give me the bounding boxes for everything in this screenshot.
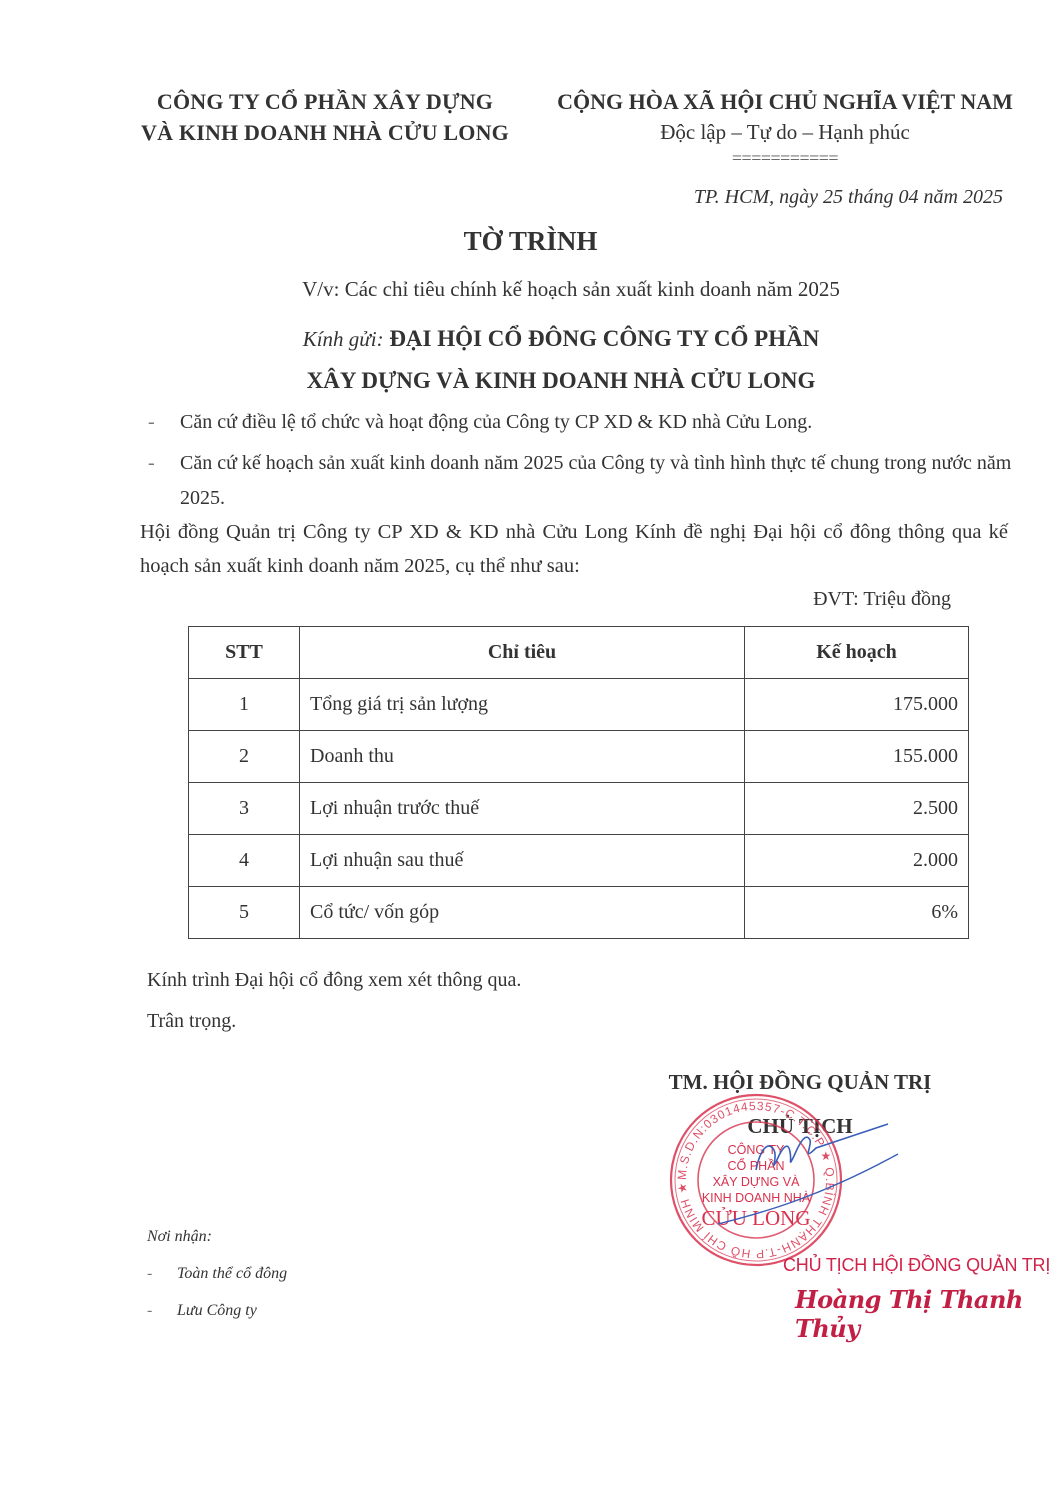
table-row: 2 Doanh thu 155.000	[189, 731, 969, 783]
legal-basis-item: -Căn cứ kế hoạch sản xuất kinh doanh năm…	[148, 446, 1018, 516]
row-plan-value: 2.000	[745, 835, 969, 887]
signer-name-stamp: Hoàng Thị Thanh Thủy	[795, 1285, 1061, 1343]
recipient-line2: XÂY DỰNG VÀ KINH DOANH NHÀ CỬU LONG	[0, 360, 1061, 402]
table-row: 4 Lợi nhuận sau thuế 2.000	[189, 835, 969, 887]
row-indicator: Lợi nhuận trước thuế	[300, 783, 745, 835]
handwritten-signature-icon	[698, 1102, 938, 1232]
header-stt: STT	[189, 627, 300, 679]
national-motto: Độc lập – Tự do – Hạnh phúc	[545, 117, 1025, 148]
row-stt: 4	[189, 835, 300, 887]
plan-table: STT Chỉ tiêu Kế hoạch 1 Tổng giá trị sản…	[188, 626, 969, 939]
nation-name: CỘNG HÒA XÃ HỘI CHỦ NGHĨA VIỆT NAM	[545, 86, 1025, 117]
company-name-line1: CÔNG TY CỔ PHẦN XÂY DỰNG	[100, 86, 550, 117]
row-stt: 2	[189, 731, 300, 783]
row-plan-value: 6%	[745, 887, 969, 939]
closing: Kính trình Đại hội cổ đông xem xét thông…	[147, 960, 521, 1042]
unit-label: ĐVT: Triệu đồng	[813, 588, 951, 611]
closing-request: Kính trình Đại hội cổ đông xem xét thông…	[147, 960, 521, 1001]
signer-role-stamp: CHỦ TỊCH HỘI ĐỒNG QUẢN TRỊ	[783, 1255, 1050, 1276]
recipients-list: Nơi nhận: -Toàn thể cổ đông -Lưu Công ty	[147, 1218, 287, 1329]
table-header-row: STT Chỉ tiêu Kế hoạch	[189, 627, 969, 679]
row-indicator: Tổng giá trị sản lượng	[300, 679, 745, 731]
company-name-line2: VÀ KINH DOANH NHÀ CỬU LONG	[100, 117, 550, 148]
legal-basis-item: -Căn cứ điều lệ tổ chức và hoạt động của…	[148, 405, 1018, 440]
table-row: 1 Tổng giá trị sản lượng 175.000	[189, 679, 969, 731]
row-plan-value: 155.000	[745, 731, 969, 783]
recipients-label: Nơi nhận:	[147, 1218, 287, 1255]
closing-regards: Trân trọng.	[147, 1001, 521, 1042]
company-seal: M.S.D.N:0301445357-C.T.C.P ★ Q.BÌNH THẠN…	[668, 1092, 844, 1268]
document-subject: V/v: Các chỉ tiêu chính kế hoạch sản xuấ…	[0, 277, 1061, 302]
recipient-item: -Lưu Công ty	[147, 1292, 287, 1329]
document-recipient: Kính gửi: ĐẠI HỘI CỔ ĐÔNG CÔNG TY CỔ PHẦ…	[0, 318, 1061, 402]
national-header: CỘNG HÒA XÃ HỘI CHỦ NGHĨA VIỆT NAM Độc l…	[545, 86, 1025, 168]
header-plan: Kế hoạch	[745, 627, 969, 679]
row-stt: 5	[189, 887, 300, 939]
legal-bases: -Căn cứ điều lệ tổ chức và hoạt động của…	[148, 405, 1018, 522]
row-stt: 3	[189, 783, 300, 835]
row-stt: 1	[189, 679, 300, 731]
header-indicator: Chỉ tiêu	[300, 627, 745, 679]
row-indicator: Lợi nhuận sau thuế	[300, 835, 745, 887]
row-indicator: Doanh thu	[300, 731, 745, 783]
row-plan-value: 175.000	[745, 679, 969, 731]
recipient-label: Kính gửi:	[303, 327, 384, 351]
company-name: CÔNG TY CỔ PHẦN XÂY DỰNG VÀ KINH DOANH N…	[100, 86, 550, 148]
table-row: 5 Cổ tức/ vốn góp 6%	[189, 887, 969, 939]
table-row: 3 Lợi nhuận trước thuế 2.500	[189, 783, 969, 835]
dash-bullet-icon: -	[147, 1255, 152, 1292]
dash-bullet-icon: -	[148, 446, 155, 481]
document-date: TP. HCM, ngày 25 tháng 04 năm 2025	[694, 186, 1003, 209]
header-divider: ===========	[545, 148, 1025, 168]
row-plan-value: 2.500	[745, 783, 969, 835]
row-indicator: Cổ tức/ vốn góp	[300, 887, 745, 939]
recipient-item: -Toàn thể cổ đông	[147, 1255, 287, 1292]
recipient-line1: ĐẠI HỘI CỔ ĐÔNG CÔNG TY CỔ PHẦN	[389, 326, 819, 351]
dash-bullet-icon: -	[148, 405, 155, 440]
proposal-paragraph: Hội đồng Quản trị Công ty CP XD & KD nhà…	[140, 515, 1008, 583]
dash-bullet-icon: -	[147, 1292, 152, 1329]
document-title: TỜ TRÌNH	[0, 226, 1061, 257]
